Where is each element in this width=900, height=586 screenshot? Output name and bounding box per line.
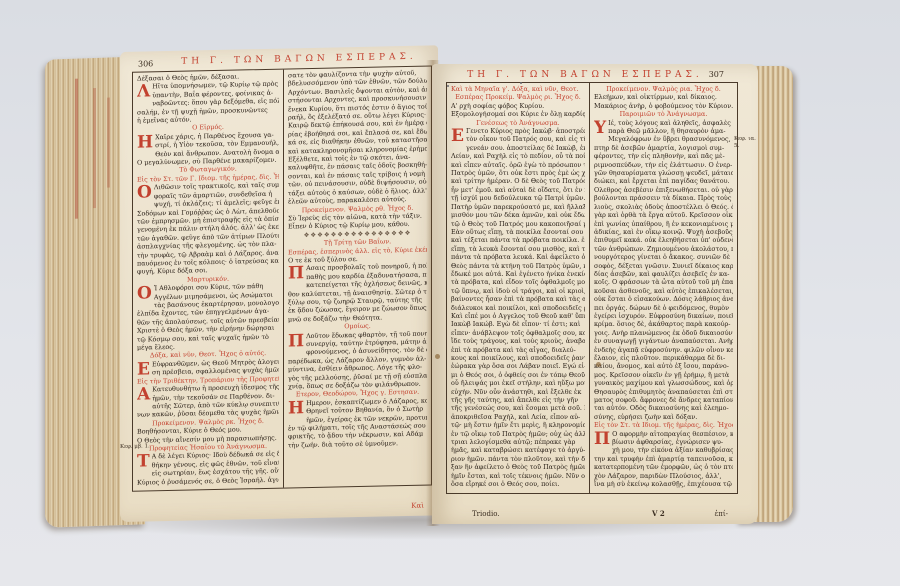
text-line: ἴδε τοὺς τράγους, καὶ τοὺς κριοὺς, ἀναβα…	[451, 337, 585, 345]
text-line: ἐπὶ τὰ πρόβατα καὶ τὰς αἶγας, διαλεύ-	[451, 346, 585, 354]
text-line: ἡμᾶς, καὶ καταβρώσει κατέφαγε τὸ ἀργύ-	[451, 446, 585, 454]
text-line: Πατὴρ ὑμῶν παρεκρούσατό με, καὶ ἤλλαξε τ…	[451, 203, 585, 211]
text-line: σύνης, εὑρήσει ζωὴν καὶ δόξαν.	[594, 413, 733, 421]
drop-capital: Λ	[137, 84, 150, 100]
red-edge-stain	[93, 88, 96, 208]
rubric-heading: Προκείμενον. Ψαλμὸς ρια. Ἦχος δ.	[594, 85, 733, 93]
text-line: μος. Κρεῖσσον οἰκεῖν ἐν γῇ ἐρήμῳ, ἢ μετὰ	[594, 371, 733, 379]
text-block: Εξομολογήσομαί σοι Κύριε ἐν ὅλῃ καρδίᾳ.	[451, 110, 585, 118]
text-line: σοφὸς, δέξεται γνῶσιν. Συνιεῖ δίκαιος κα…	[594, 262, 733, 270]
text-line: τῶν ἀνθρώπων. Ζημιουμένου ἀκολάστου, πα-	[594, 245, 733, 253]
text-line: καίου, ἄνομος, καὶ αὐτὸ ἐξ ἴσου, παράνο-	[594, 362, 733, 370]
drop-capital: Υ	[594, 120, 606, 136]
text-line: Εὰν οὕτως εἴπῃ, τὰ ποικίλα ἔσονταί σου μ…	[451, 228, 585, 236]
text-line: χὴ μου, τὴν εἰκόνα ἀξίαν καθυβρίσας· πλά…	[612, 446, 733, 454]
margin-note: Κεφ. ια. 5.	[734, 136, 758, 150]
text-line: ὅσα εἴρηκέ σοι ὁ Θεός σου, ποίει.	[451, 480, 585, 488]
drop-capital: Ε	[137, 361, 150, 377]
text-line: ἀδικίας, καὶ ἐν οἴκῳ κοινῷ. Ψυχὴ ἀσεβοῦς	[594, 228, 733, 236]
text-line: κοῖς. Ο φράσσων τὰ ὦτα αὐτοῦ τοῦ μὴ ἐπα-	[594, 278, 733, 286]
signature-label: Triodio.	[472, 510, 500, 518]
catchword: Καὶ	[411, 502, 424, 510]
text-line: ἐπιθυμεῖ κακά. οὐκ ἐλεηθήσεται ὑπ' οὐδεν…	[594, 236, 733, 244]
paper-stain	[596, 362, 601, 367]
text-line: διάλευκοι καὶ ποικίλοι, καὶ σποδοειδεῖς …	[451, 304, 585, 312]
text-line: βούλονται πράσσειν τὰ δίκαια. Πρὸς τοὺς …	[594, 194, 733, 202]
text-line: δίας ἀσεβῶν, καὶ φαυλίζει ἀσεβεῖς ἐν κα-	[594, 270, 733, 278]
paragraph: ΠΑσαις προσβολαῖς τοῦ πονηροῦ, ἡ πολυ-πα…	[288, 262, 427, 324]
paragraph: ΑΚατευθυνθήτω ἡ προσευχὴ ἰδεσμος τῆς Πόλ…	[137, 383, 279, 420]
left-page: 306 ΤΗ Γ. ΤΩΝ ΒΑΓΩΝ ΕΣΠΕΡΑΣ. Δέξασαι ὁ Θ…	[120, 45, 438, 522]
text-block: Α' ρχὴ σοφίας φόβος Κυρίου.	[451, 102, 585, 110]
text-line: χὸν Λάζαρον, παριδὼν Πλούσιος, ἀλλ',	[594, 472, 733, 480]
drop-capital: Η	[137, 134, 153, 150]
text-line: εἶπεν· ἀνάβλεψον τοῖς ὀφθαλμοῖς σου, καὶ	[451, 329, 585, 337]
text-line: οὐκ ἔσται ὁ εἰσακούων. Δόσις λάθριος ἀνα…	[594, 295, 733, 303]
text-column-left: Δέξασαι ὁ Θεὸς ἡμῶν, δέξασαι.ΛΗῖτα ὑπομν…	[133, 70, 283, 491]
text-line: Γενετο Κύριος πρὸς Ιακὼβ· ἀποστρέφου εἰς	[466, 127, 585, 135]
drop-capital: Π	[288, 333, 304, 349]
text-line: κρίμα. ὅσιος δὲ, ἀκάθαρτος παρὰ κακούρ-	[594, 320, 733, 328]
text-line: ριμνοσπεύδων, τὴν εἰς ἐλάττωσιν. Ο ἐνερ-	[594, 161, 733, 169]
text-column-left: Καὶ τὰ Μηναῖα γ'. Δόξα, καὶ νῦν, Θεοτ.Εσ…	[447, 83, 589, 493]
text-line: πτηρ δὲ ἀσεβῶν ἁμαρτία, λογισμοὶ συμ-	[594, 144, 733, 152]
drop-capital: Τ	[137, 454, 150, 470]
text-line: διώκει, καὶ ἔρχεται ἐπὶ παγίδας θανάτου.	[594, 177, 733, 185]
text-line: βαίνοντες ἦσαν ἐπὶ τὰ πρόβατα καὶ τὰς αἶ…	[451, 295, 585, 303]
text-line: λιοὺς, σκολιὰς ὁδοὺς ἀποστέλλει ὁ Θεός. …	[594, 203, 733, 211]
paragraph: ΤΑ δὲ λέγει Κύριος· Ιδοὺ δέδωκά σε εἰς δ…	[137, 450, 279, 487]
text-line: ξαν ἣν ἀφείλετο ὁ Θεὸς τοῦ Πατρὸς ἡμῶν,	[451, 463, 585, 471]
text-line: οὗ ἤλειψάς μοι ἐκεῖ στήλην, καὶ ηὔξω μοι…	[451, 379, 585, 387]
text-line: γοις. Ανὴρ πλανώμενος ἐκ ὁδοῦ δικαιοσύνη…	[594, 329, 733, 337]
text-line: νουργότερος γίνεται ὁ ἄκακος. συνιῶν δὲ	[594, 253, 733, 261]
text-line: ἑώρακα γὰρ ὅσα σοι Λάβαν ποιεῖ. Εγώ εἰ-	[451, 362, 585, 370]
text-line: εἴπῃ, τὰ λευκὰ ἔσονταί σου μισθὸς, καὶ τ…	[451, 245, 585, 253]
drop-capital: Ε	[451, 128, 464, 144]
margin-note: Κεφ. μβ. 1.	[120, 443, 150, 451]
text-line: ται αὐτόν. Οδὸς δικαιοσύνης καὶ ἐλεημο-	[594, 404, 733, 412]
folio-number: 307	[709, 70, 724, 79]
text-line: ἐν συναγωγῇ γιγάντων ἀναπαύσεται. Ανὴρ	[594, 337, 733, 345]
text-line: γῶν θησαυρίσματα γλώσσῃ ψευδεῖ, μάταια	[594, 169, 733, 177]
text-line: Ο αφορμὴν αἰτοπραγίας θεσπέσιον, καὶ	[612, 430, 733, 438]
text-line: φέροντες, τὴν εἰς πληθονὴν, καὶ πᾶς μὲ-	[594, 152, 733, 160]
text-line: παρὰ Θεῷ μᾶλλον, ἢ θησαυρὸν ἁμα-	[608, 127, 733, 135]
text-line: ἐγείρει ἰσχυρόν. Εὐφροσύνη δικαίων, ποιε…	[594, 312, 733, 320]
drop-capital: Ο	[137, 285, 152, 301]
text-line: μι ὁ Θεός σοι, ὁ ὀφθείς σοι ἐν τόπῳ Θεοῦ…	[451, 371, 585, 379]
text-line: ἐν τῷ οἴκῳ τοῦ Πατρὸς ἡμῶν; οὐχ ὡς ἀλλό-	[451, 430, 585, 438]
text-line: ριον ἡμῶν. πάντα τὸν πλοῦτον, καὶ τὴν δό…	[451, 455, 585, 463]
text-line: Ελεήμων, καὶ οἰκτίρμων, καὶ δίκαιος.	[594, 93, 733, 101]
text-line: τῇ ἰσχύϊ μου δεδούλευκα τῷ Πατρὶ ὑμῶν. ὁ…	[451, 194, 585, 202]
paper-stain	[435, 354, 440, 359]
text-line: τῷ ὁ Θεὸς τοῦ Πατρός μου κακοποιῆσαί με.	[451, 220, 585, 228]
signature-mark: V 2	[652, 509, 665, 518]
text-line: κοῦσαι ἀσθενοῦς, καὶ αὐτὸς ἐπικαλέσεται,…	[594, 287, 733, 295]
text-line: τὰ πρόβατα, καὶ εἶδον τοῖς ὀφθαλμοῖς μου…	[451, 278, 585, 286]
dust-speck	[520, 82, 522, 84]
text-line: βίωσιν ἀφθαρσίας, ἐγνώρισεν ψυ-	[612, 438, 733, 446]
paragraph: ΠΟ αφορμὴν αἰτοπραγίας θεσπέσιον, καὶβίω…	[594, 430, 733, 489]
text-line: γυναικὸς μαχίμου καὶ γλωσσώδους, καὶ ὀργ…	[594, 379, 733, 387]
text-line: τῷ ὕπνῳ, καὶ ἰδοὺ οἱ τράγοι, καὶ οἱ κριο…	[451, 287, 585, 295]
text-column-right: Προκείμενον. Ψαλμὸς ρια. Ἦχος δ.Ελεήμων,…	[590, 83, 737, 493]
dust-speck	[447, 85, 449, 87]
text-line: Μεγαλόφρων ἐν ὕβρει θρασυνόμενος, λάμ-	[608, 135, 733, 143]
text-line: τριαι λελογίσμεθα αὐτῷ; πέπρακε γὰρ	[451, 438, 585, 446]
text-line: κατατερπομένη τῶν ἐμορφῶν, ὡς ὁ τὸν πτω-	[594, 463, 733, 471]
text-line: Μακάριος ἀνὴρ, ὁ φοβούμενος τὸν Κύριον.	[594, 102, 733, 110]
text-line: πει ὀργάς. δώρων δὲ ὁ φειδόμενος, θυμὸν	[594, 304, 733, 312]
rubric-heading: Εσπέρας Προκείμ. Ψαλμὸς ρι. Ἦχος δ.	[451, 93, 585, 101]
paragraph: ΠΛοῦτον ἔδωκας φθαρτὸν, τῇ τοῦ πονηροῦσυ…	[288, 329, 427, 391]
text-line: ἡμῖν ἔσται, καὶ τοῖς τέκνοις ἡμῶν. Νῦν ο…	[451, 472, 585, 480]
text-line: καὶ τέξεται πάντα τὰ πρόβατα ποικίλα. ἐὰ…	[451, 236, 585, 244]
text-line: τὴν ζωήν. διὰ τοῦτο σὲ ὑμνοῦμεν.	[288, 438, 427, 449]
text-line: Πατρὸς ὑμῶν, ὅτι οὐκ ἔστι πρὸς ἐμὲ ὡς χθ…	[451, 169, 585, 177]
text-line: εὐχήν. Νῦν οὖν ἀνάστηθι, καὶ ἔξελθε ἐκ	[451, 388, 585, 396]
text-line: κους καὶ ποικίλους, καὶ σποδοειδεῖς ῥαντ…	[451, 354, 585, 362]
text-line: τῆς γῆς ταύτης, καὶ ἄπελθε εἰς τὴν γῆν	[451, 396, 585, 404]
text-line: την καὶ τρυφὴν ἐπὶ ἁμαρτίᾳ ταπεινοῦσα, κ…	[594, 455, 733, 463]
text-line: ἔδωκέ μοι αὐτά. Καὶ ἐγένετο ἡνίκα ἐνεκίσ…	[451, 270, 585, 278]
rubric-heading: Καὶ τὰ Μηναῖα γ'. Δόξα, καὶ νῦν, Θεοτ.	[451, 85, 585, 93]
text-line: ἔλαιον, εἰς πλοῦτον. περικάθαρμα δὲ δι-	[594, 354, 733, 362]
rubric-heading: Παροιμιῶν τὸ Ἀνάγνωσμα.	[594, 110, 733, 118]
text-frame: Δέξασαι ὁ Θεὸς ἡμῶν, δέξασαι.ΛΗῖτα ὑπομν…	[132, 65, 432, 491]
text-line: ἦν μετ' ἐμοῦ. καὶ αὐταὶ δὲ οἴδατε, ὅτι ἐ…	[451, 186, 585, 194]
rubric-heading: Εἰς τὸν Στ. τὰ Ιδιομ. τῆς ἡμέρας, δὶς. Ἦ…	[594, 421, 733, 429]
text-column-right: σατε τὸν φαυλίζοντα τὴν ψυχὴν αὐτοῦ,βδελ…	[284, 66, 431, 487]
drop-capital: Ο	[137, 185, 152, 201]
text-line: ἐνδεὴς ἀγαπᾷ εὐφροσύνην. φιλῶν οἶνον καὶ	[594, 346, 733, 354]
text-line: Α' ρχὴ σοφίας φόβος Κυρίου.	[451, 102, 585, 110]
red-edge-stain	[107, 97, 110, 187]
paragraph: ΛΗῖτα ὑπομνήσωμεν, τῷ Κυρίῳ τῷ πρὸςὑπαντ…	[137, 80, 279, 125]
text-line: πάντα τὰ πρόβατα λευκά. Καὶ ἀφείλετο ὁ	[451, 253, 585, 261]
text-line: Θεὸς πάντα τὰ κτήνη τοῦ Πατρὸς ὑμῶν, καὶ	[451, 262, 585, 270]
paragraph: ΗΗμερον, ἐσκαπτίζωμεν ὁ Λάζαρος, καὶΘρην…	[288, 396, 427, 449]
text-line: καὶ εἶπεν αὐταῖς. ὁρῶ ἐγὼ τὸ πρόσωπον το…	[451, 161, 585, 169]
paragraph: ΟΛιθῶσιν τοῖς τρακτικοῖς, καὶ ταῖς συμ-φ…	[137, 181, 279, 276]
text-frame: Καὶ τὰ Μηναῖα γ'. Δόξα, καὶ νῦν, Θεοτ.Εσ…	[446, 82, 738, 494]
running-head: ΤΗ Γ. ΤΩΝ ΒΑΓΩΝ ΕΣΠΕΡΑΣ.	[432, 70, 748, 80]
drop-capital: Α	[137, 387, 150, 403]
text-line: Λείαν, καὶ Ραχὴλ εἰς τὸ πεδίον, οὗ τὰ πο…	[451, 152, 585, 160]
text-line: τὸν οἶκον τοῦ Πατρός σου, καὶ εἰς τὴν	[466, 135, 585, 143]
paragraph: ΕΓενετο Κύριος πρὸς Ιακὼβ· ἀποστρέφου εἰ…	[451, 127, 585, 488]
text-line: ματος σοφοῦ. ἄφρονες δὲ ἄνδρες καταπίον-	[594, 396, 733, 404]
text-line: γὰρ καὶ ὀρθὰ τὰ ἔργα αὐτοῦ. Κρεῖσσον οἰκ…	[594, 211, 733, 219]
text-line: ἀποκριθεῖσα Ραχὴλ, καὶ Λεία, εἶπον αὐ-	[451, 413, 585, 421]
text-line: ἵνα μὴ σὺ ἐκείνῳ κολασθῇς, ἐπιχέουσα τῷ	[594, 480, 733, 488]
running-head: ΤΗ Γ. ΤΩΝ ΒΑΓΩΝ ΕΣΠΕΡΑΣ.	[140, 51, 438, 68]
paragraph: ΗΧαῖρε χάρις, ἡ Παρθένος ἔχουσα γα-στρί,…	[137, 131, 279, 168]
text-line: τῷ· μὴ ἔστιν ἡμῖν ἔτι μερὶς, ἢ κληρονομί…	[451, 421, 585, 429]
text-line: Ιακὼβ Ιακώβ. Εγὼ δὲ εἶπον· τί ἐστι; καὶ	[451, 320, 585, 328]
drop-capital: Η	[288, 400, 304, 416]
text-line: ἐπὶ γωνίας ὑπαίθρου, ἢ ἐν κεκονιαμένοις …	[594, 220, 733, 228]
text-line: καὶ τρίτην ἡμέραν. Ο δὲ Θεὸς τοῦ Πατρός …	[451, 177, 585, 185]
right-page: ΤΗ Γ. ΤΩΝ ΒΑΓΩΝ ΕΣΠΕΡΑΣ. 307 Καὶ τὰ Μηνα…	[432, 64, 758, 524]
text-line: Εξομολογήσομαί σοι Κύριε ἐν ὅλῃ καρδίᾳ.	[451, 110, 585, 118]
text-line: μισθόν μου τῶν δέκα ἀμνῶν, καὶ οὐκ ἔδωκε…	[451, 211, 585, 219]
paragraph: ΟἹ Αθλοφόροι σου Κύριε, τῶν πάθηΑγγέλων …	[137, 282, 279, 352]
text-line: τῆς γενέσεώς σου, καὶ ἔσομαι μετὰ σοῦ. Κ…	[451, 404, 585, 412]
rubric-heading: Γενέσεως τὸ Ἀνάγνωσμα.	[451, 119, 585, 127]
text-line: Ολεθρος ἀσεβέσιν ἐπιξενωθήσεται. οὐ γὰρ	[594, 186, 733, 194]
text-block: σατε τὸν φαυλίζοντα τὴν ψυχὴν αὐτοῦ,βδελ…	[288, 69, 427, 206]
text-line: Θησαυρὸς ἐπιθυμητὸς ἀναπαύσεται ἐπὶ στό-	[594, 388, 733, 396]
photo-scene: 306 ΤΗ Γ. ΤΩΝ ΒΑΓΩΝ ΕΣΠΕΡΑΣ. Δέξασαι ὁ Θ…	[0, 0, 900, 586]
catchword: ἐπί-	[715, 510, 728, 518]
text-line: γενεάν σου. ἀποστείλας δὲ Ιακὼβ, ἐκάλεσε	[466, 144, 585, 152]
text-block: Ελεήμων, καὶ οἰκτίρμων, καὶ δίκαιος.Μακά…	[594, 93, 733, 110]
red-edge-stain	[75, 79, 78, 219]
drop-capital: Π	[594, 431, 610, 447]
text-line: Καὶ εἶπέ μοι ὁ Αγγελος τοῦ Θεοῦ καθ' ὕπν…	[451, 312, 585, 320]
paragraph: ΥΙέ, τοὺς λόγους καὶ ἀληθεῖς, ἀσφαλὲςπαρ…	[594, 119, 733, 422]
drop-capital: Π	[288, 265, 304, 281]
text-line: Ιέ, τοὺς λόγους καὶ ἀληθεῖς, ἀσφαλὲς	[608, 119, 733, 127]
